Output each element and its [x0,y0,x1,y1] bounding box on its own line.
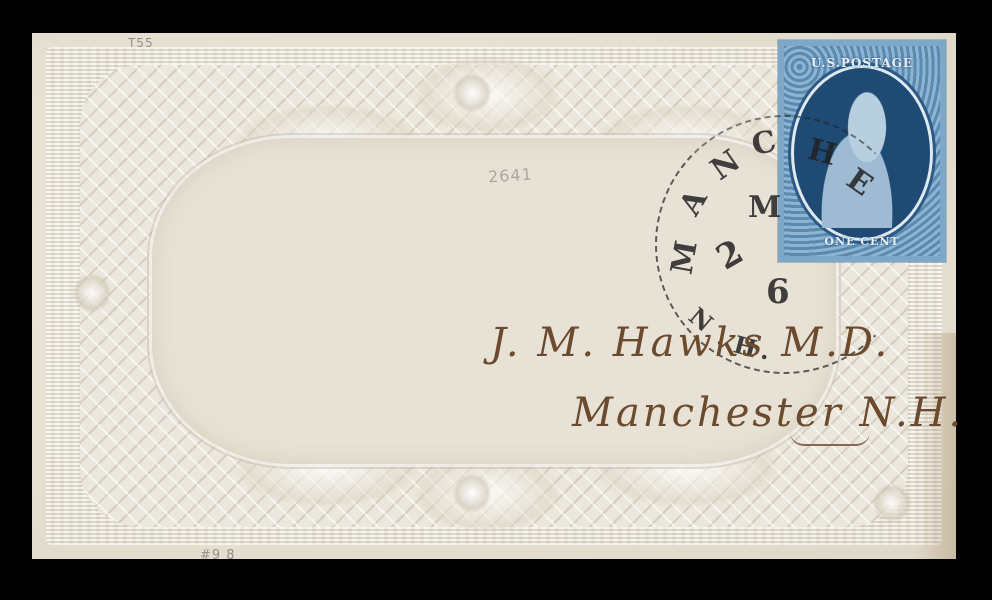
embossed-flower-bottom [452,473,492,513]
postmark-month: M [748,190,781,225]
embossed-flower-right [872,483,912,523]
postmark-letter: M [664,238,704,277]
stamp-top-label: U.S.POSTAGE [778,56,946,70]
address-flourish [790,432,870,446]
postmark-day-digit: 6 [766,272,790,312]
pencil-note-top-left: T55 [128,36,154,50]
pencil-note-bottom: #9 8 [200,548,236,563]
embossed-flower-left [72,273,112,313]
embossed-flower-top [452,73,492,113]
pencil-note-middle: 2641 [487,164,533,186]
age-stain [916,333,956,559]
address-city: Manchester N.H. [572,390,964,436]
address-recipient: J. M. Hawks M.D. [490,320,890,366]
